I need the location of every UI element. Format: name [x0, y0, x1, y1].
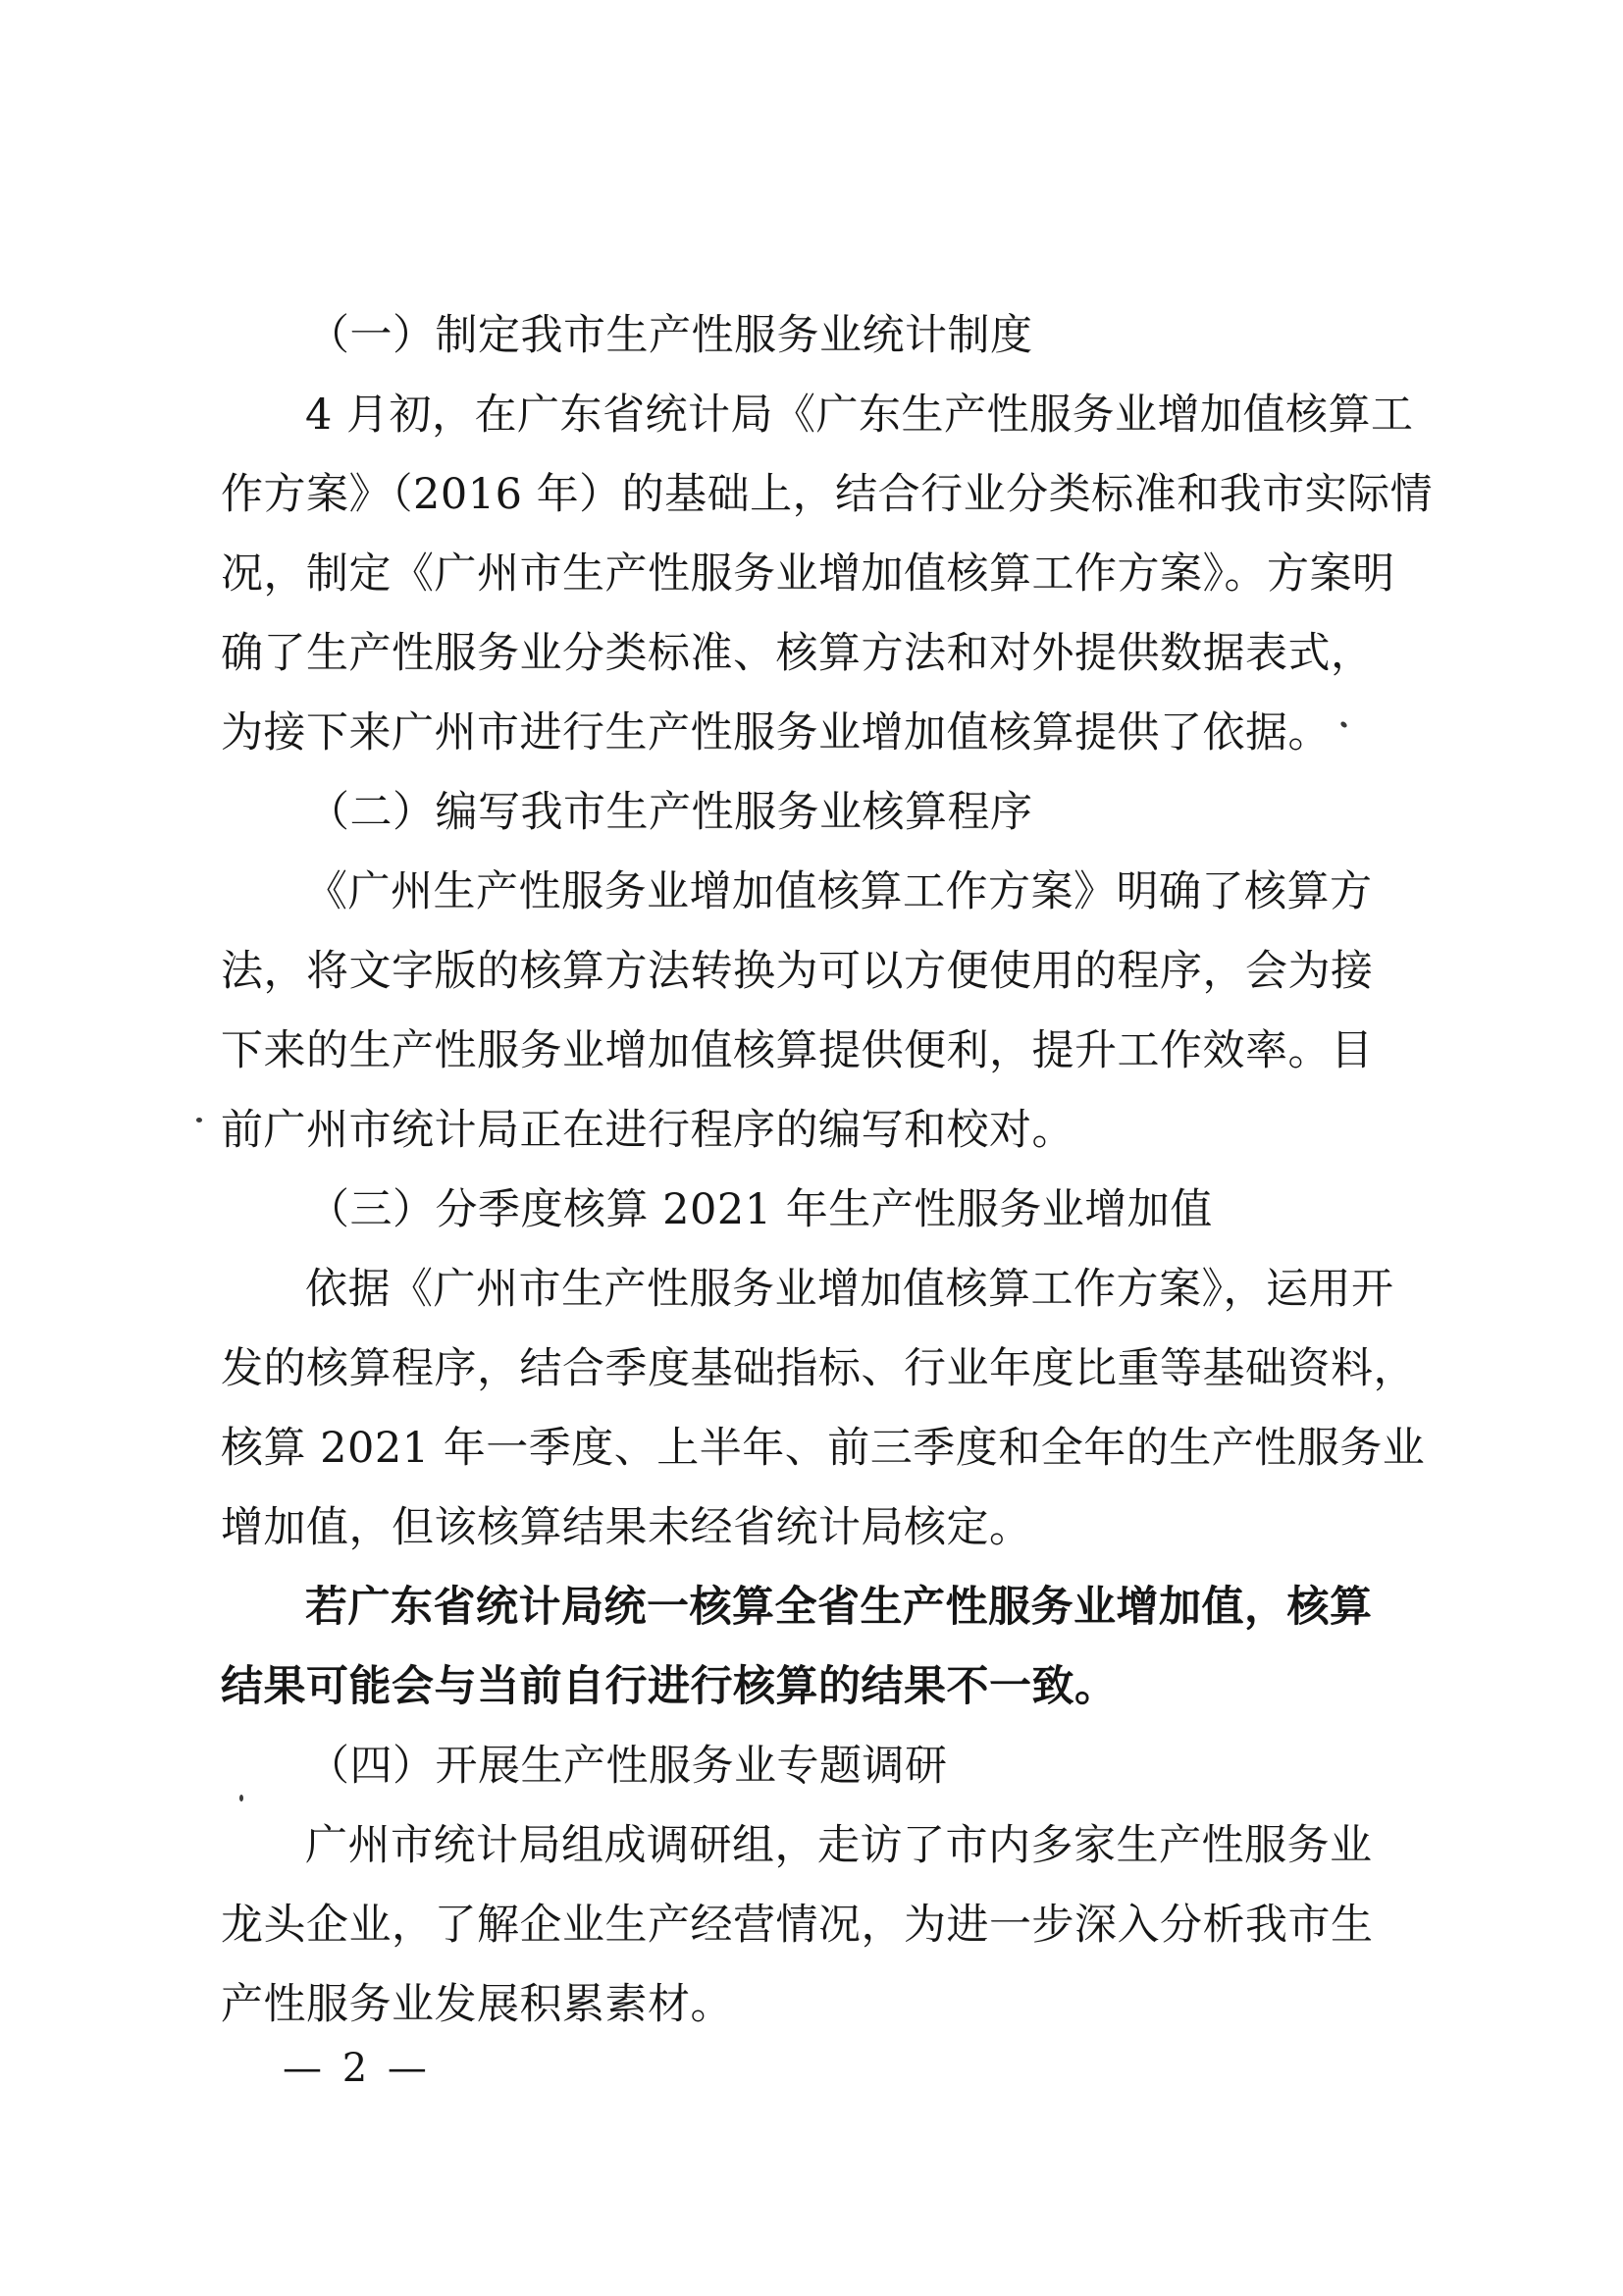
paragraph-line: 为接下来广州市进行生产性服务业增加值核算提供了依据。 — [221, 694, 1420, 773]
scan-speck — [239, 1795, 243, 1801]
paragraph-line: 4 月初，在广东省统计局《广东生产性服务业增加值核算工 — [221, 376, 1420, 455]
section-heading-1: （一）制定我市生产性服务业统计制度 — [221, 296, 1420, 376]
paragraph-line: 法，将文字版的核算方法转换为可以方便使用的程序，会为接 — [221, 932, 1420, 1012]
paragraph-line: 《广州生产性服务业增加值核算工作方案》明确了核算方 — [221, 853, 1420, 932]
paragraph-line: 发的核算程序，结合季度基础指标、行业年度比重等基础资料， — [221, 1330, 1420, 1409]
emphasis-line: 结果可能会与当前自行进行核算的结果不一致。 — [221, 1647, 1420, 1727]
scan-speck — [196, 1118, 202, 1122]
page-number: — 2 — — [283, 2047, 431, 2090]
paragraph-line: 下来的生产性服务业增加值核算提供便利，提升工作效率。目 — [221, 1012, 1420, 1091]
paragraph-line: 确了生产性服务业分类标准、核算方法和对外提供数据表式， — [221, 614, 1420, 694]
emphasis-line: 若广东省统计局统一核算全省生产性服务业增加值，核算 — [221, 1568, 1420, 1647]
paragraph-line: 况，制定《广州市生产性服务业增加值核算工作方案》。方案明 — [221, 535, 1420, 614]
document-body: （一）制定我市生产性服务业统计制度 4 月初，在广东省统计局《广东生产性服务业增… — [221, 296, 1420, 2045]
section-heading-4: （四）开展生产性服务业专题调研 — [221, 1727, 1420, 1806]
section-heading-3: （三）分季度核算 2021 年生产性服务业增加值 — [221, 1171, 1420, 1250]
scanned-document-page: （一）制定我市生产性服务业统计制度 4 月初，在广东省统计局《广东生产性服务业增… — [0, 0, 1623, 2296]
paragraph-line: 龙头企业，了解企业生产经营情况，为进一步深入分析我市生 — [221, 1886, 1420, 1965]
section-heading-2: （二）编写我市生产性服务业核算程序 — [221, 773, 1420, 853]
paragraph-line: 广州市统计局组成调研组，走访了市内多家生产性服务业 — [221, 1806, 1420, 1886]
paragraph-line: 核算 2021 年一季度、上半年、前三季度和全年的生产性服务业 — [221, 1409, 1420, 1488]
paragraph-line: 作方案》（2016 年）的基础上，结合行业分类标准和我市实际情 — [221, 455, 1420, 535]
paragraph-line: 前广州市统计局正在进行程序的编写和校对。 — [221, 1091, 1420, 1171]
paragraph-line: 产性服务业发展积累素材。 — [221, 1965, 1420, 2045]
paragraph-line: 依据《广州市生产性服务业增加值核算工作方案》，运用开 — [221, 1250, 1420, 1330]
paragraph-line: 增加值，但该核算结果未经省统计局核定。 — [221, 1488, 1420, 1568]
